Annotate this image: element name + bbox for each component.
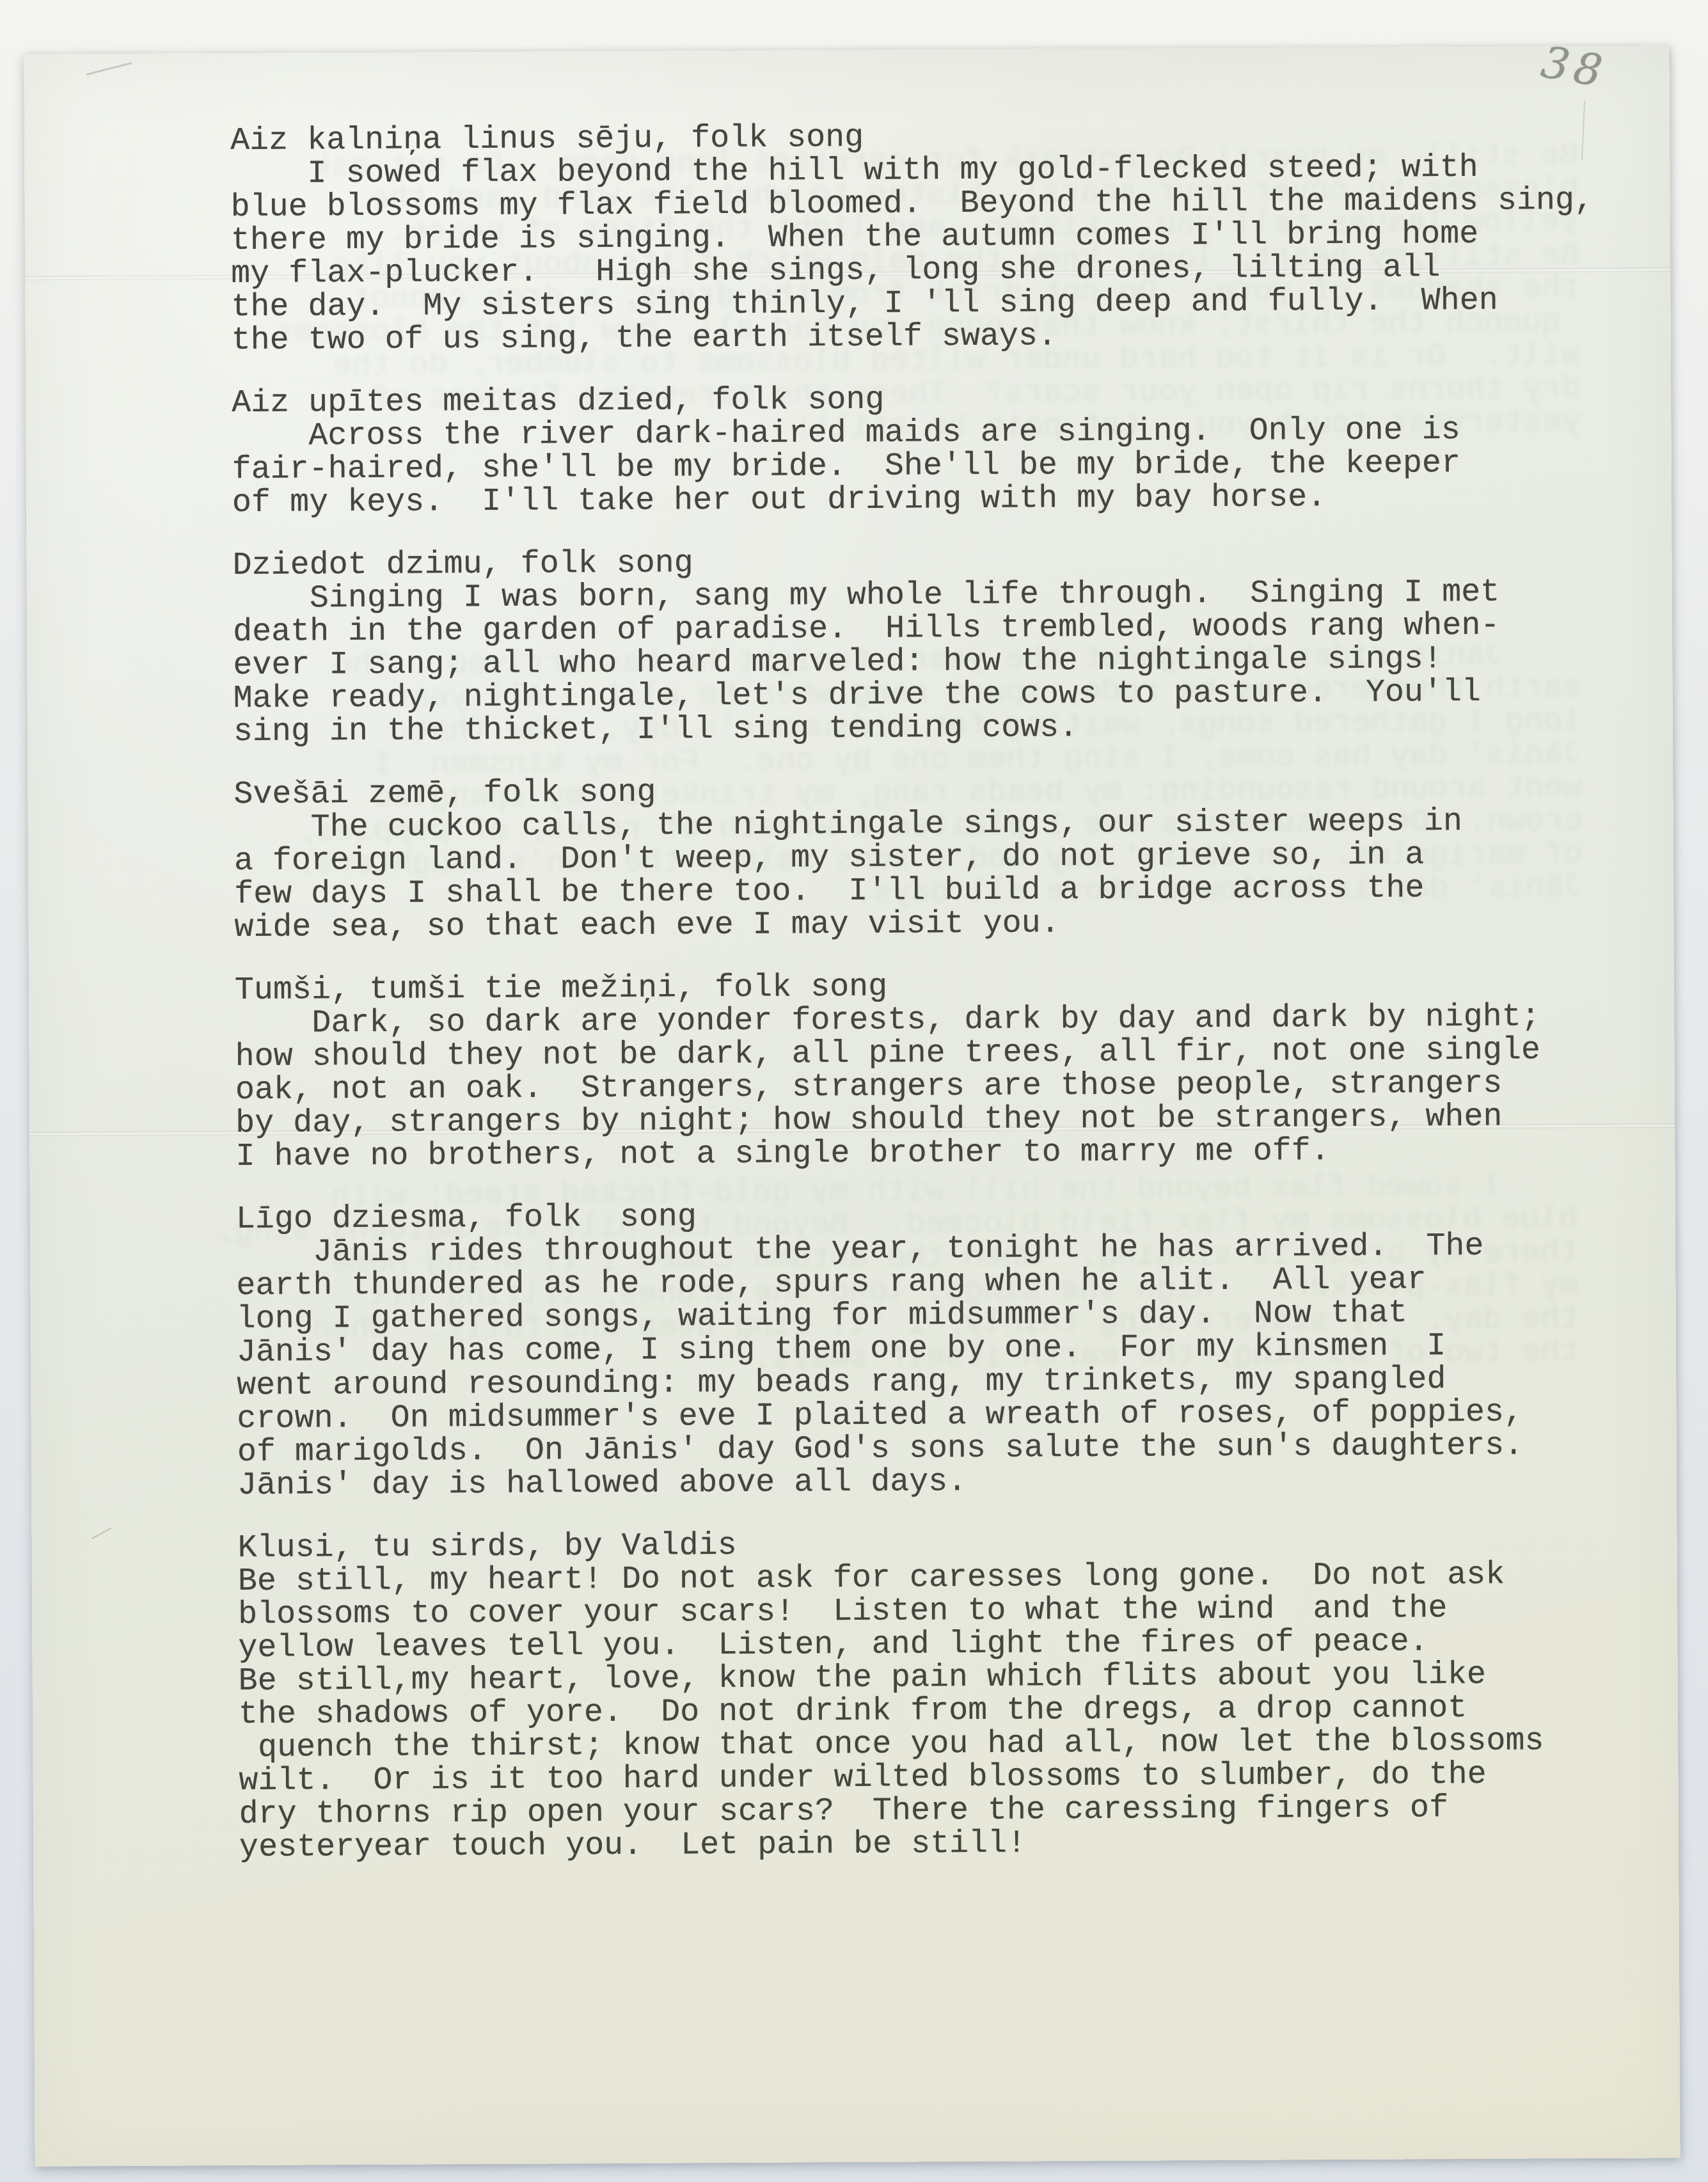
song-text: The cuckoo calls, the nightingale sings,… xyxy=(234,804,1661,945)
song-section: Tumši, tumši tie mežiņi, folk song Dark,… xyxy=(235,967,1663,1174)
handwritten-page-number: 38 xyxy=(1538,37,1611,98)
song-section: Aiz upītes meitas dzied, folk song Acros… xyxy=(232,379,1659,520)
margin-pencil-mark xyxy=(91,1528,111,1539)
song-section: Līgo dziesma, folk song Jānis rides thro… xyxy=(236,1196,1664,1503)
song-section: Dziedot dzimu, folk song Singing I was b… xyxy=(232,542,1660,749)
song-text: Dark, so dark are yonder forests, dark b… xyxy=(235,1000,1662,1174)
song-section: Aiz kalniņa linus sēju, folk song I sowe… xyxy=(230,117,1658,358)
song-section: Klusi, tu sirds, by Valdis Be still, my … xyxy=(237,1524,1666,1865)
song-text: Jānis rides throughout the year, tonight… xyxy=(236,1229,1664,1503)
typewritten-text-block: Aiz kalniņa linus sēju, folk song I sowe… xyxy=(230,117,1666,1894)
song-text: I sowed flax beyond the hill with my gol… xyxy=(230,150,1658,358)
document-page: Be still, my heart! Do not ask for cares… xyxy=(24,45,1680,2166)
song-text: Across the river dark-haired maids are s… xyxy=(232,413,1659,520)
scanned-document-background: { "document": { "page_number": "38", "se… xyxy=(0,0,1708,2182)
song-text: Singing I was born, sang my whole life t… xyxy=(233,575,1660,749)
song-text: Be still, my heart! Do not ask for cares… xyxy=(238,1558,1666,1865)
corner-fold-mark xyxy=(86,62,132,75)
song-section: Svešāi zemē, folk song The cuckoo calls,… xyxy=(233,771,1661,945)
